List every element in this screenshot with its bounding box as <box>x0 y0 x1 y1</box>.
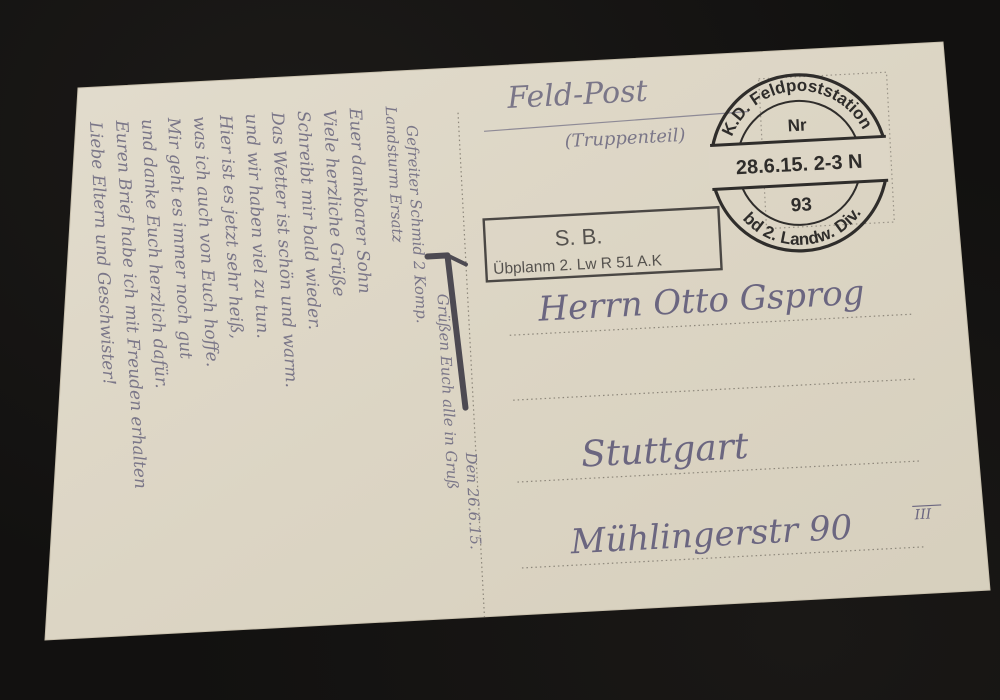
postcard: Feld-Post (Truppenteil) S. B. Übplanm 2.… <box>0 0 1000 700</box>
address-line-2: Stuttgart <box>580 426 750 476</box>
address-line-3-suffix: III <box>913 506 932 523</box>
svg-text:S. B.: S. B. <box>554 223 603 250</box>
postcard-svg: Feld-Post (Truppenteil) S. B. Übplanm 2.… <box>0 0 1000 700</box>
postmark-nr: Nr <box>787 115 807 135</box>
feldpost-heading: Feld-Post <box>505 74 649 116</box>
postmark-number: 93 <box>790 194 812 216</box>
